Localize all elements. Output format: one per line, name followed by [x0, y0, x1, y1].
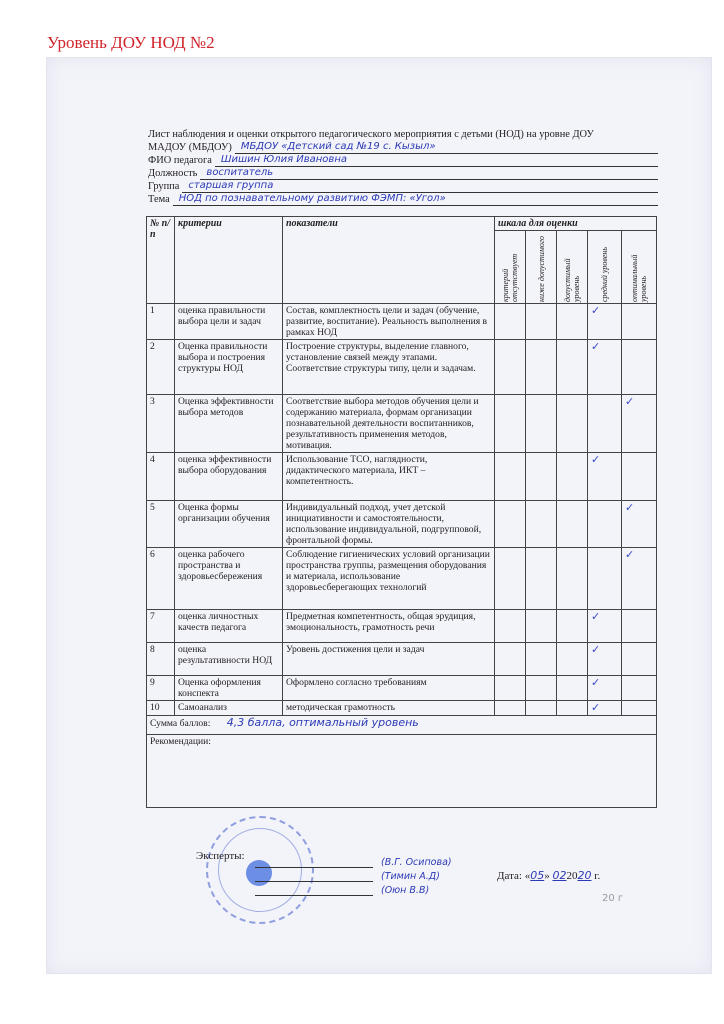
field-value: Шишин Юлия Ивановна	[215, 154, 658, 167]
scale-cell: ✓	[622, 548, 657, 610]
row-indicators: Индивидуальный подход, учет детской иниц…	[283, 501, 495, 548]
scale-cell	[557, 643, 588, 676]
scale-level: допустимый уровень	[557, 231, 588, 304]
row-criteria: оценка личностных качеств педагога	[175, 610, 283, 643]
row-indicators: Соответствие выбора методов обучения цел…	[283, 395, 495, 453]
table-row: 4оценка эффективности выбора оборудовани…	[147, 453, 657, 501]
scale-cell	[622, 453, 657, 501]
expert-signature: (Тимин А.Д)	[255, 868, 455, 882]
row-indicators: Оформлено согласно требованиям	[283, 676, 495, 701]
scale-cell	[588, 501, 622, 548]
row-criteria: Оценка правильности выбора и построения …	[175, 340, 283, 395]
scale-cell	[557, 340, 588, 395]
scale-cell	[622, 610, 657, 643]
date-year: 20	[577, 869, 591, 882]
expert-signature: (В.Г. Осипова)	[255, 854, 455, 868]
scale-cell	[526, 395, 557, 453]
expert-signatures: (В.Г. Осипова) (Тимин А.Д) (Оюн В.В)	[255, 854, 455, 896]
scale-cell	[495, 501, 526, 548]
table-row: 1оценка правильности выбора цели и задач…	[147, 304, 657, 340]
scale-cell	[495, 548, 526, 610]
scale-cell	[495, 395, 526, 453]
scale-cell	[588, 395, 622, 453]
table-row: 8оценка результативности НОДУровень дост…	[147, 643, 657, 676]
scale-cell	[495, 340, 526, 395]
recommendations-row: Рекомендации:	[147, 735, 657, 808]
evaluation-table: № п/п критерии показатели шкала для оцен…	[146, 216, 657, 808]
date-field: Дата: «05» 022020 г.	[497, 869, 600, 882]
scale-cell	[526, 676, 557, 701]
scale-level: средний уровень	[588, 231, 622, 304]
field-institution: МАДОУ (МБДОУ) МБДОУ «Детский сад №19 с. …	[148, 141, 658, 154]
check-mark-icon: ✓	[591, 340, 600, 353]
scale-cell: ✓	[622, 395, 657, 453]
field-value: воспитатель	[200, 167, 658, 180]
row-number: 2	[147, 340, 175, 395]
scale-cell	[557, 610, 588, 643]
field-value: старшая группа	[182, 180, 658, 193]
scale-cell	[557, 453, 588, 501]
scale-cell	[557, 395, 588, 453]
scale-cell: ✓	[588, 701, 622, 716]
check-mark-icon: ✓	[591, 453, 600, 466]
row-number: 1	[147, 304, 175, 340]
sum-label: Сумма баллов:	[150, 718, 210, 729]
table-row: 9Оценка оформления конспектаОформлено со…	[147, 676, 657, 701]
date-month: 02	[552, 869, 566, 882]
field-teacher-name: ФИО педагога Шишин Юлия Ивановна	[148, 154, 658, 167]
pencil-note: 20 г	[602, 893, 623, 904]
scale-cell	[557, 676, 588, 701]
field-group: Группа старшая группа	[148, 180, 658, 193]
scale-cell	[622, 304, 657, 340]
check-mark-icon: ✓	[591, 643, 600, 656]
scale-cell	[526, 304, 557, 340]
scale-cell: ✓	[588, 643, 622, 676]
field-topic: Тема НОД по познавательному развитию ФЭМ…	[148, 193, 658, 206]
sum-row: Сумма баллов: 4,3 балла, оптимальный уро…	[147, 716, 657, 735]
row-criteria: Оценка эффективности выбора методов	[175, 395, 283, 453]
check-mark-icon: ✓	[591, 610, 600, 623]
check-mark-icon: ✓	[625, 395, 634, 408]
scale-cell	[557, 501, 588, 548]
check-mark-icon: ✓	[591, 701, 600, 714]
table-row: 6оценка рабочего пространства и здоровье…	[147, 548, 657, 610]
field-value: МБДОУ «Детский сад №19 с. Кызыл»	[235, 141, 658, 154]
check-mark-icon: ✓	[591, 304, 600, 317]
row-indicators: Уровень достижения цели и задач	[283, 643, 495, 676]
row-indicators: Состав, комплектность цели и задач (обуч…	[283, 304, 495, 340]
row-indicators: Использование ТСО, наглядности, дидактич…	[283, 453, 495, 501]
row-number: 4	[147, 453, 175, 501]
field-label: Тема	[148, 193, 170, 206]
scale-cell	[557, 701, 588, 716]
field-label: Должность	[148, 167, 197, 180]
scale-level: критерий отсутствует	[495, 231, 526, 304]
scale-cell	[526, 340, 557, 395]
row-criteria: Оценка оформления конспекта	[175, 676, 283, 701]
form-header: Лист наблюдения и оценки открытого педаг…	[148, 128, 658, 206]
row-number: 7	[147, 610, 175, 643]
header-indicators: показатели	[283, 217, 495, 304]
field-value: НОД по познавательному развитию ФЭМП: «У…	[173, 193, 658, 206]
scale-cell	[495, 453, 526, 501]
field-label: МАДОУ (МБДОУ)	[148, 141, 232, 154]
scale-cell	[495, 701, 526, 716]
expert-signature: (Оюн В.В)	[255, 882, 455, 896]
scale-cell: ✓	[588, 304, 622, 340]
scale-cell	[495, 676, 526, 701]
row-number: 5	[147, 501, 175, 548]
scale-cell: ✓	[588, 340, 622, 395]
table-row: 5Оценка формы организации обученияИндиви…	[147, 501, 657, 548]
scale-cell	[588, 548, 622, 610]
form-title: Лист наблюдения и оценки открытого педаг…	[148, 128, 658, 141]
date-day: 05	[530, 869, 544, 882]
row-number: 8	[147, 643, 175, 676]
scale-level: оптимальный уровень	[622, 231, 657, 304]
scale-cell	[622, 643, 657, 676]
row-indicators: Предметная компетентность, общая эрудици…	[283, 610, 495, 643]
table-header-row: № п/п критерии показатели шкала для оцен…	[147, 217, 657, 231]
row-number: 3	[147, 395, 175, 453]
row-indicators: Соблюдение гигиенических условий организ…	[283, 548, 495, 610]
check-mark-icon: ✓	[625, 548, 634, 561]
scale-cell	[557, 548, 588, 610]
row-number: 6	[147, 548, 175, 610]
row-number: 9	[147, 676, 175, 701]
row-criteria: Самоанализ	[175, 701, 283, 716]
scale-cell: ✓	[588, 676, 622, 701]
table-row: 10Самоанализметодическая грамотность✓	[147, 701, 657, 716]
row-criteria: оценка эффективности выбора оборудования	[175, 453, 283, 501]
field-label: ФИО педагога	[148, 154, 212, 167]
scale-cell	[622, 701, 657, 716]
row-criteria: оценка результативности НОД	[175, 643, 283, 676]
row-number: 10	[147, 701, 175, 716]
page-title: Уровень ДОУ НОД №2	[47, 33, 215, 53]
check-mark-icon: ✓	[591, 676, 600, 689]
row-criteria: оценка правильности выбора цели и задач	[175, 304, 283, 340]
header-num: № п/п	[147, 217, 175, 304]
row-indicators: методическая грамотность	[283, 701, 495, 716]
scale-cell	[526, 610, 557, 643]
scale-cell	[526, 701, 557, 716]
row-criteria: оценка рабочего пространства и здоровьес…	[175, 548, 283, 610]
table-row: 2Оценка правильности выбора и построения…	[147, 340, 657, 395]
experts-label: Эксперты:	[196, 850, 245, 862]
scale-cell	[526, 548, 557, 610]
scale-cell: ✓	[622, 501, 657, 548]
scale-cell: ✓	[588, 453, 622, 501]
row-indicators: Построение структуры, выделение главного…	[283, 340, 495, 395]
scale-cell	[526, 501, 557, 548]
scale-cell	[622, 340, 657, 395]
scale-cell	[557, 304, 588, 340]
scale-cell	[622, 676, 657, 701]
table-row: 3Оценка эффективности выбора методовСоот…	[147, 395, 657, 453]
scale-cell: ✓	[588, 610, 622, 643]
scale-level: ниже допустимого	[526, 231, 557, 304]
header-scale: шкала для оценки	[495, 217, 657, 231]
field-label: Группа	[148, 180, 179, 193]
recommendations-label: Рекомендации:	[150, 736, 211, 747]
scale-cell	[495, 643, 526, 676]
scale-cell	[495, 304, 526, 340]
row-criteria: Оценка формы организации обучения	[175, 501, 283, 548]
header-criteria: критерии	[175, 217, 283, 304]
field-position: Должность воспитатель	[148, 167, 658, 180]
table-row: 7оценка личностных качеств педагогаПредм…	[147, 610, 657, 643]
scale-cell	[526, 643, 557, 676]
sum-value: 4,3 балла, оптимальный уровень	[227, 716, 419, 729]
check-mark-icon: ✓	[625, 501, 634, 514]
scale-cell	[495, 610, 526, 643]
scale-cell	[526, 453, 557, 501]
